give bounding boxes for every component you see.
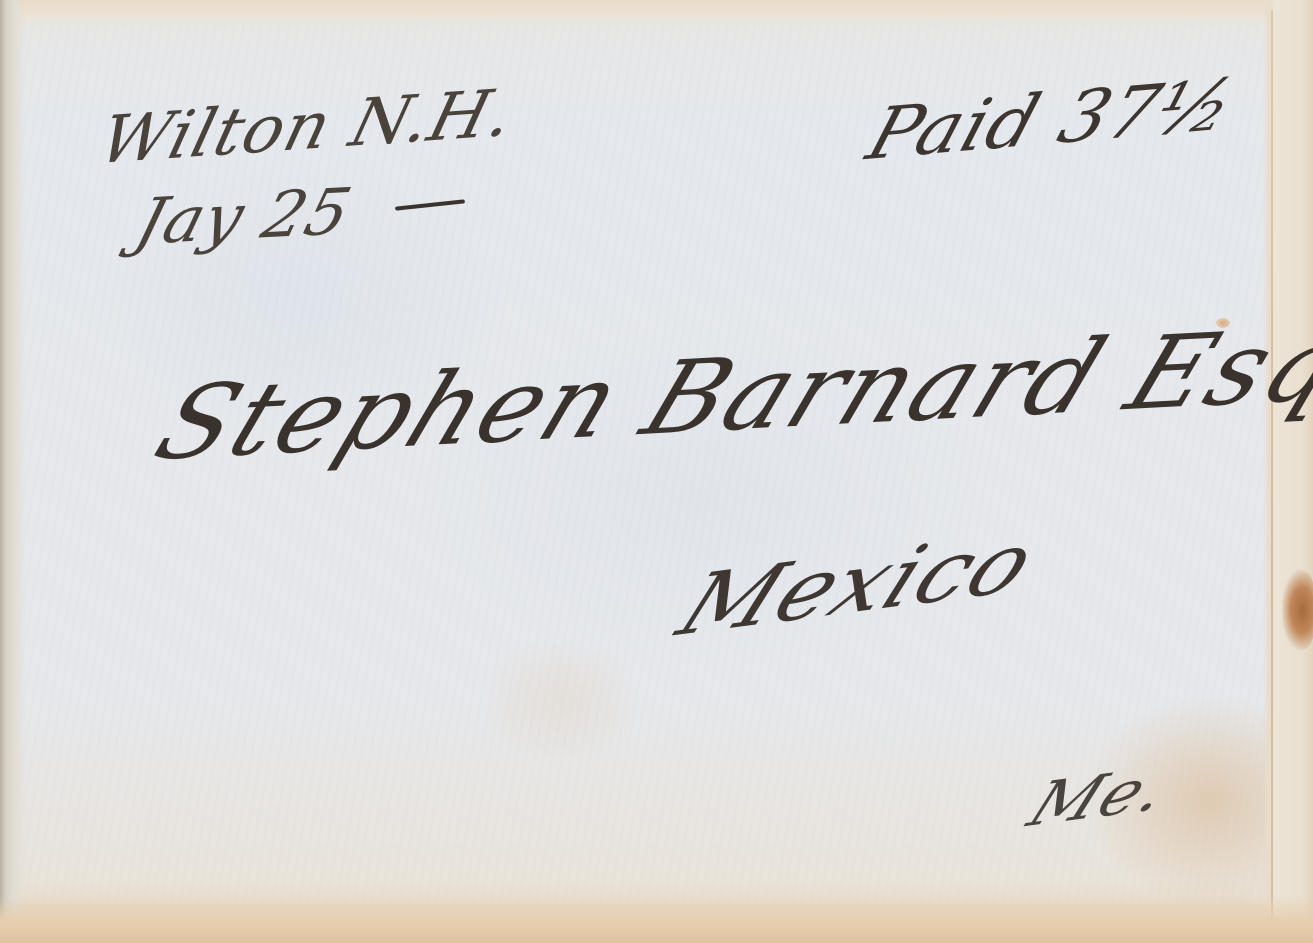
letter-cover: Wilton N.H. Jay 25 Paid 37½ Stephen Barn… bbox=[0, 0, 1313, 943]
left-edge bbox=[0, 0, 26, 943]
fold-line bbox=[1271, 10, 1273, 935]
top-edge bbox=[0, 0, 1313, 26]
rust-stain bbox=[1282, 570, 1313, 650]
bottom-edge bbox=[0, 895, 1313, 943]
postmark-date: Jay 25 bbox=[128, 175, 359, 260]
